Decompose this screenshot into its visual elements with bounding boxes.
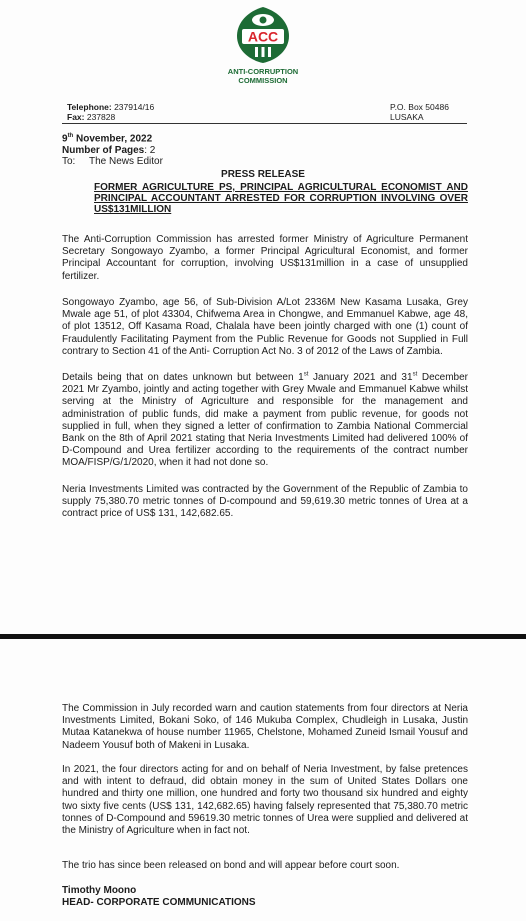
date-rest: November, 2022 <box>73 133 152 144</box>
details-text-3: December 2021 Mr Zyambo, jointly and act… <box>62 372 468 468</box>
fax-value: 237828 <box>84 112 115 122</box>
signatory-title: HEAD- CORPORATE COMMUNICATIONS <box>62 897 256 909</box>
paragraph-directors: The Commission in July recorded warn and… <box>62 703 468 752</box>
city: LUSAKA <box>390 112 449 122</box>
document-page-2: The Commission in July recorded warn and… <box>0 640 526 921</box>
contact-phone-fax: Telephone: 237914/16 Fax: 237828 <box>67 102 154 122</box>
organization-name: ANTI-CORRUPTION COMMISSION <box>180 67 346 85</box>
fax-line: Fax: 237828 <box>67 112 154 122</box>
paragraph-details: Details being that on dates unknown but … <box>62 372 468 470</box>
pages-value: : 2 <box>144 145 155 156</box>
paragraph-contract: Neria Investments Limited was contracted… <box>62 484 468 521</box>
telephone-label: Telephone: <box>67 102 112 112</box>
release-meta: 9th November, 2022 Number of Pages: 2 To… <box>62 131 163 168</box>
signatory-name: Timothy Moono <box>62 885 256 897</box>
recipient: To:The News Editor <box>62 156 163 168</box>
organization-name-line1: ANTI-CORRUPTION <box>180 67 346 76</box>
number-of-pages: Number of Pages: 2 <box>62 145 163 157</box>
to-label: To: <box>62 156 89 168</box>
paragraph-arrest: The Anti-Corruption Commission has arres… <box>62 234 468 283</box>
pages-label: Number of Pages <box>62 145 144 156</box>
paragraph-charges: Songowayo Zyambo, age 56, of Sub-Divisio… <box>62 297 468 358</box>
details-text-2: January 2021 and 31 <box>308 372 412 383</box>
telephone-value: 237914/16 <box>112 102 155 112</box>
svg-text:ACC: ACC <box>248 29 278 45</box>
paragraph-fraud: In 2021, the four directors acting for a… <box>62 764 468 837</box>
to-value: The News Editor <box>89 156 163 168</box>
document-page-1: ACC ANTI-CORRUPTION COMMISSION Telephone… <box>0 0 526 634</box>
paragraph-bond: The trio has since been released on bond… <box>62 860 468 872</box>
acc-logo-icon: ACC <box>236 6 290 64</box>
telephone-line: Telephone: 237914/16 <box>67 102 154 112</box>
release-date: 9th November, 2022 <box>62 131 163 145</box>
press-release-headline: FORMER AGRICULTURE PS, PRINCIPAL AGRICUL… <box>94 182 468 215</box>
header-divider <box>62 123 467 124</box>
fax-label: Fax: <box>67 112 84 122</box>
organization-name-line2: COMMISSION <box>180 76 346 85</box>
contact-address: P.O. Box 50486 LUSAKA <box>390 102 449 122</box>
details-text-1: Details being that on dates unknown but … <box>62 372 304 383</box>
page-separator <box>0 634 526 639</box>
press-release-title: PRESS RELEASE <box>0 169 526 180</box>
signature-block: Timothy Moono HEAD- CORPORATE COMMUNICAT… <box>62 885 256 909</box>
po-box: P.O. Box 50486 <box>390 102 449 112</box>
